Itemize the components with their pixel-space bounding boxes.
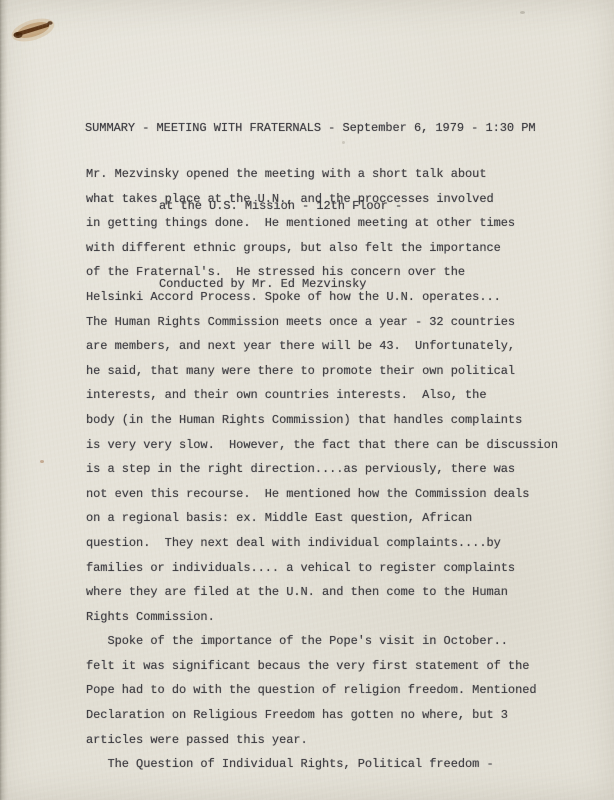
page-left-edge-shadow [0, 0, 8, 800]
paper-speck [520, 11, 525, 14]
paper-speck [40, 460, 44, 463]
document-body-text: Mr. Mezvinsky opened the meeting with a … [86, 162, 558, 777]
document-page: SUMMARY - MEETING WITH FRATERNALS - Sept… [0, 0, 614, 800]
rust-stain [6, 10, 62, 50]
title-line-summary: SUMMARY - MEETING WITH FRATERNALS - Sept… [85, 115, 536, 141]
